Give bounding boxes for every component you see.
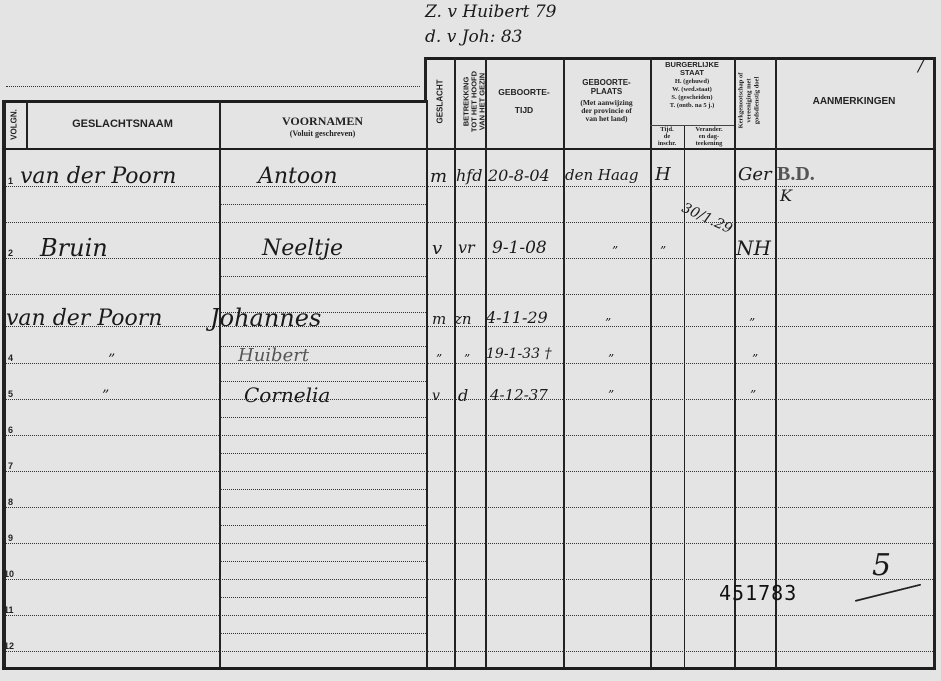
cell-geboorteplaats: ” — [605, 316, 611, 330]
aanmerkingen-mark: / — [918, 56, 923, 75]
cell-kerkgenootschap: ” — [752, 352, 758, 366]
cell-burgerlijke-staat: ” — [660, 244, 666, 258]
cell-aanmerkingen-2: K — [780, 186, 792, 205]
cell-geslacht: m — [430, 166, 447, 187]
cell-geslacht: m — [432, 310, 446, 328]
cell-burgerlijke-staat: H — [655, 164, 671, 185]
row-number: 7 — [8, 461, 13, 471]
cell-betrekking: zn — [454, 310, 472, 328]
cell-geslachtsnaam: Bruin — [40, 234, 108, 262]
cell-geslachtsnaam: van der Poorn — [20, 164, 176, 189]
cell-geboorteplaats: ” — [608, 388, 614, 402]
cell-geboorteplaats: den Haag — [565, 166, 638, 184]
cell-geboortetijd: 4-11-29 — [486, 308, 548, 327]
row-number: 2 — [8, 248, 13, 258]
archive-stamp-number: 451783 — [719, 581, 797, 605]
page-mark-underline — [855, 584, 921, 602]
cell-betrekking: hfd — [456, 166, 482, 185]
cell-geboortetijd: 20-8-04 — [488, 166, 550, 185]
cell-betrekking: vr — [458, 238, 475, 257]
row-number: 6 — [8, 425, 13, 435]
row-number: 1 — [8, 176, 13, 186]
top-annotation-line1: Z. v Huibert 79 — [425, 2, 556, 22]
cell-betrekking: ” — [464, 352, 470, 366]
header-geslachtsnaam: GESLACHTSNAAM — [26, 118, 219, 130]
cell-voornamen: Johannes — [210, 304, 321, 332]
row-number: 5 — [8, 389, 13, 399]
cell-voornamen: Cornelia — [244, 383, 330, 407]
row-number: 11 — [4, 605, 14, 615]
cell-betrekking: d — [458, 386, 468, 405]
cell-geslacht: v — [432, 238, 442, 259]
cell-kerkgenootschap: ” — [749, 316, 755, 330]
top-annotation-line2: d. v Joh: 83 — [425, 27, 522, 47]
row-number: 9 — [8, 533, 13, 543]
header-volgn: VOLGN. — [10, 105, 19, 145]
cell-voornamen: Neeltje — [262, 236, 343, 261]
cell-voornamen: Antoon — [258, 164, 338, 189]
cell-geslacht: ” — [436, 352, 442, 366]
cell-geboortetijd: 19-1-33 † — [486, 346, 551, 362]
row-number: 4 — [8, 353, 13, 363]
row-number: 10 — [4, 569, 14, 579]
cell-aanmerkingen: B.D. — [777, 163, 815, 186]
cell-kerkgenootschap: ” — [750, 388, 756, 402]
cell-kerkgenootschap: Ger — [738, 164, 772, 185]
header-voornamen-sub: (Voluit geschreven) — [219, 129, 426, 138]
cell-kerkgenootschap: NH — [736, 236, 771, 260]
header-aanmerkingen: AANMERKINGEN — [775, 96, 933, 107]
header-voornamen: VOORNAMEN — [219, 114, 426, 129]
cell-geslachtsnaam: ” — [102, 388, 109, 404]
cell-geboortetijd: 4-12-37 — [490, 386, 548, 404]
cell-voornamen: Huibert — [238, 345, 309, 366]
cell-geboorteplaats: ” — [612, 244, 618, 258]
row-number: 12 — [4, 641, 14, 651]
row-number: 8 — [8, 497, 13, 507]
cell-geslachtsnaam: van der Poorn — [6, 306, 162, 331]
cell-geslacht: v — [432, 388, 440, 404]
cell-geslachtsnaam: ” — [108, 352, 115, 368]
cell-verander: 30/1.29 — [679, 200, 734, 237]
header-dotted-rule — [6, 86, 420, 87]
page-mark: 5 — [872, 548, 891, 583]
cell-geboorteplaats: ” — [608, 352, 614, 366]
cell-geboortetijd: 9-1-08 — [492, 238, 547, 258]
header-geslacht: GESLACHT — [436, 73, 445, 131]
